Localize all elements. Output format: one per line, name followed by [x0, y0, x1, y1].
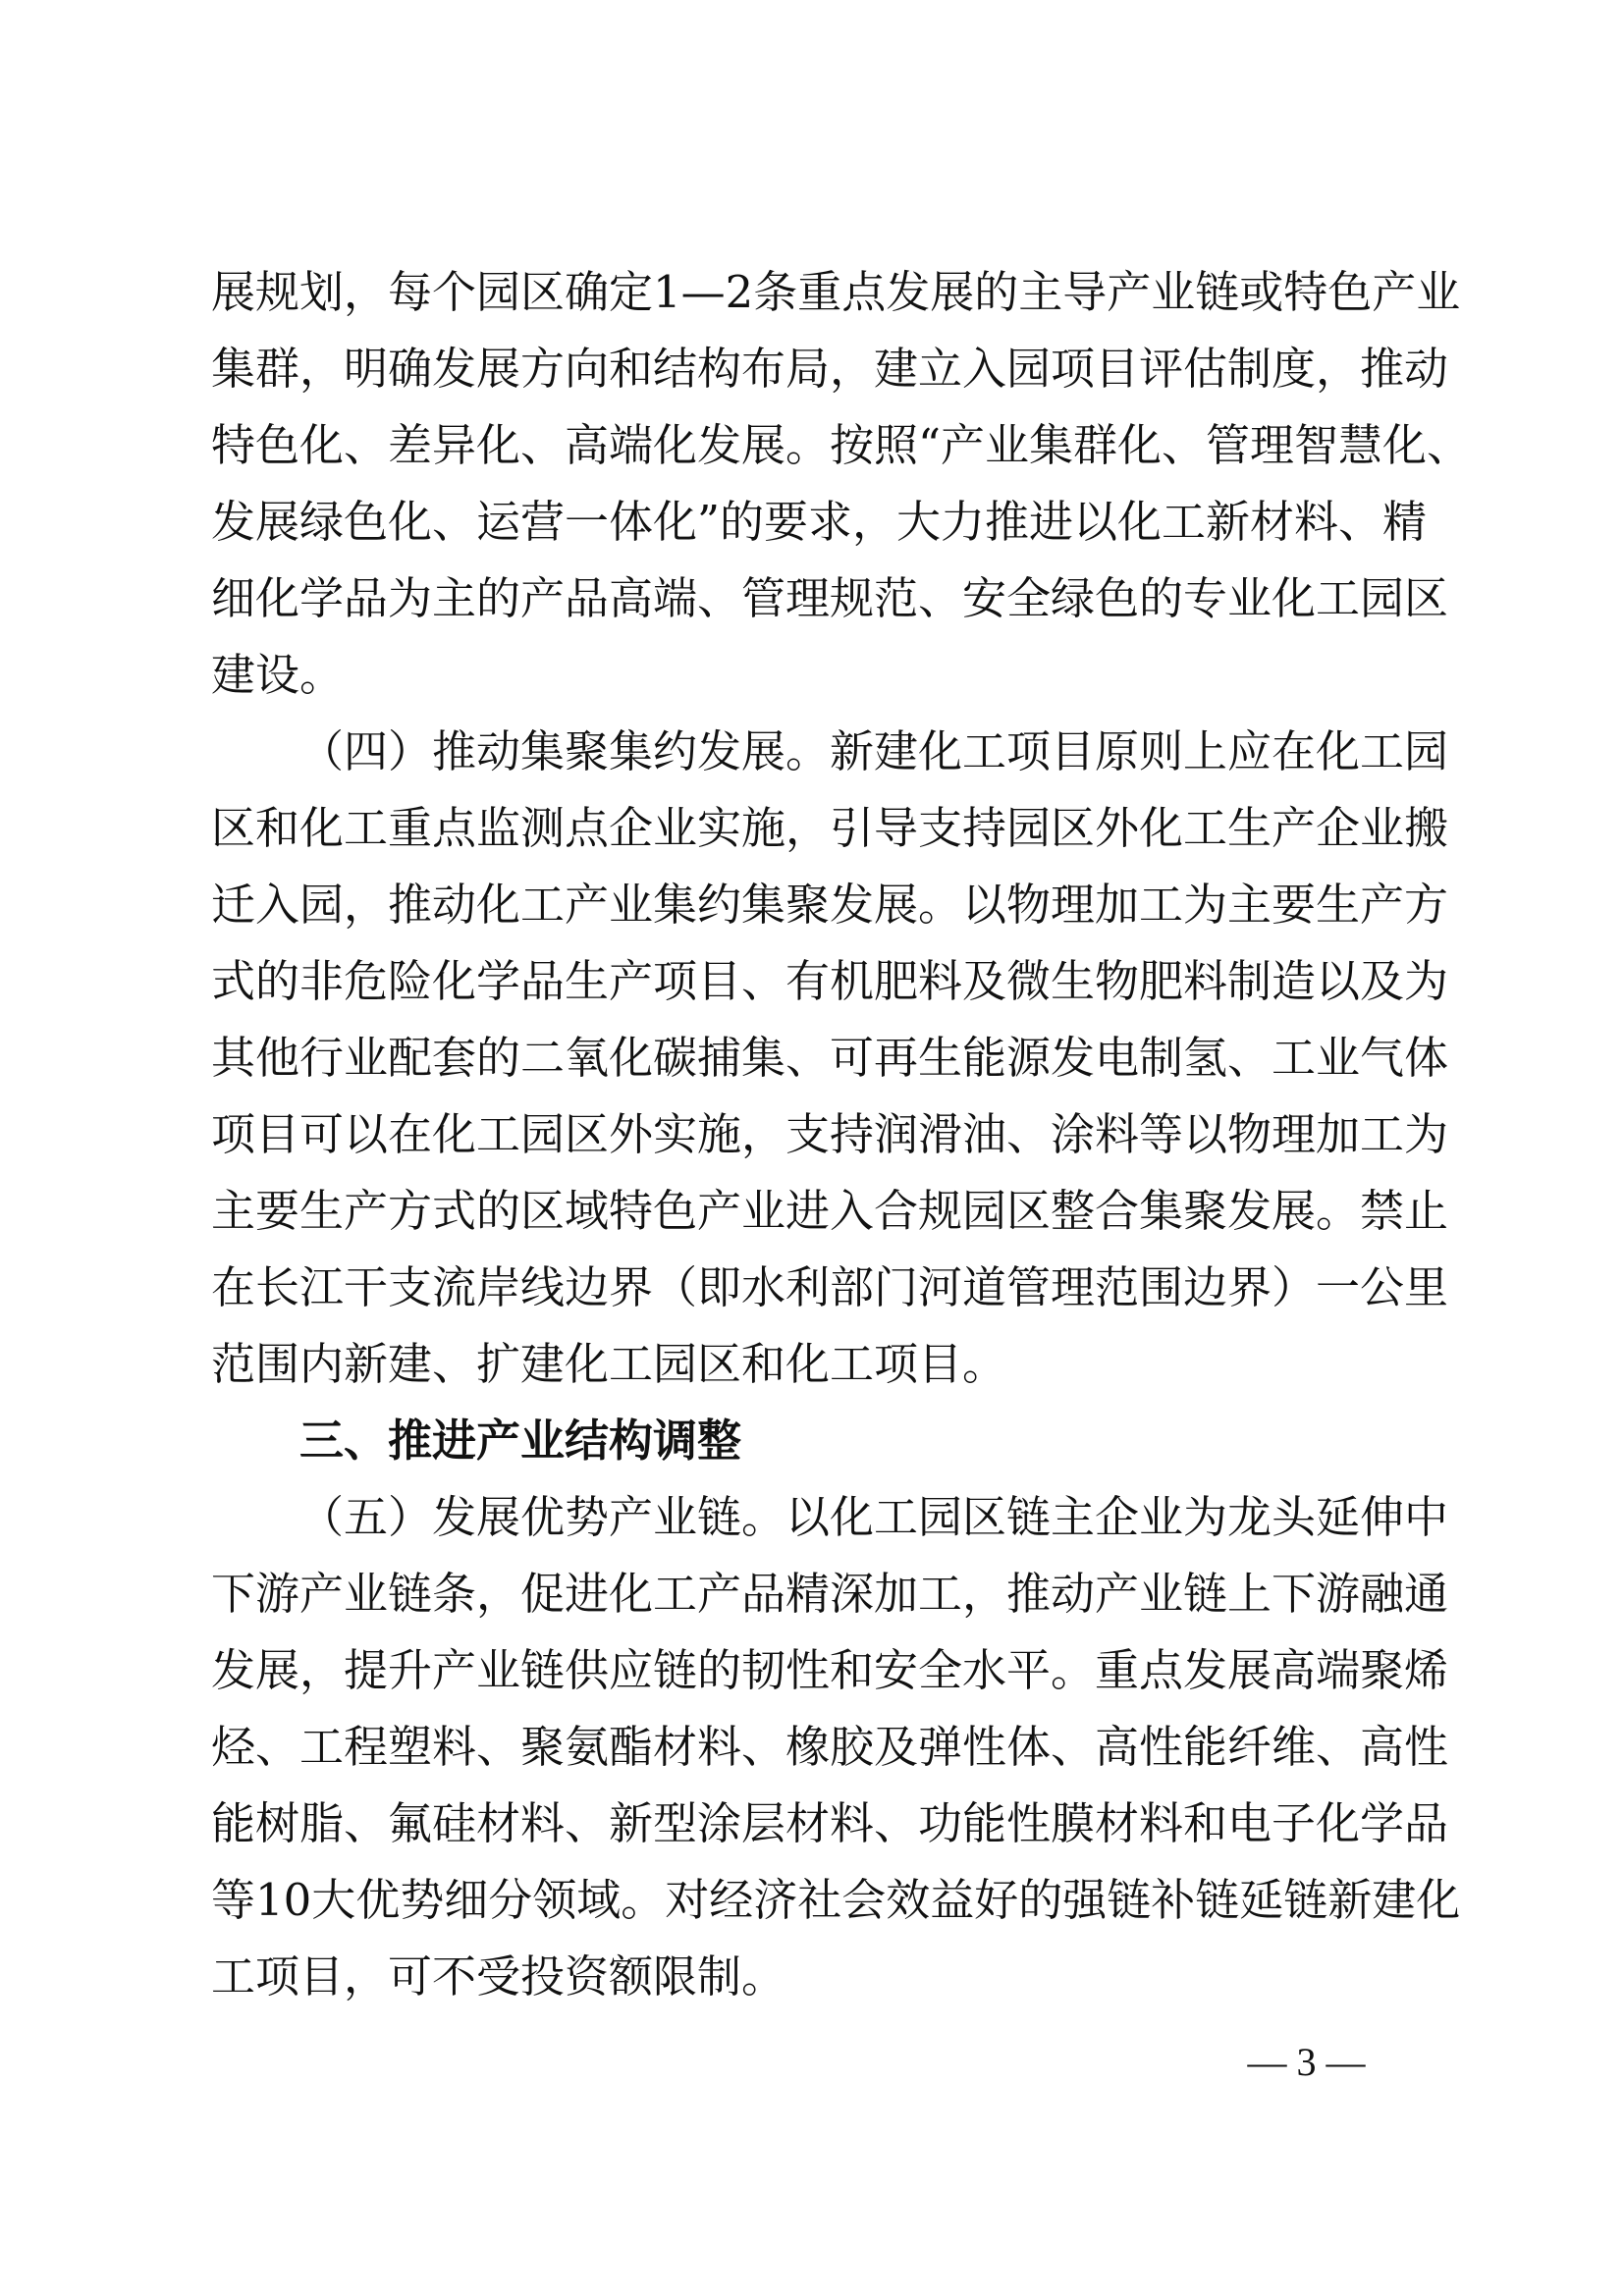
paragraph-line: 在长江干支流岸线边界（即水利部门河道管理范围边界）一公里 [211, 1250, 1411, 1326]
paragraph-line: 范围内新建、扩建化工园区和化工项目。 [211, 1326, 1411, 1403]
paragraph-line: 细化学品为主的产品高端、管理规范、安全绿色的专业化工园区 [211, 561, 1411, 637]
section-paragraph-4-start: （四）推动集聚集约发展。新建化工项目原则上应在化工园 [299, 714, 1411, 790]
paragraph-line: 式的非危险化学品生产项目、有机肥料及微生物肥料制造以及为 [211, 943, 1411, 1020]
paragraph-line: 项目可以在化工园区外实施，支持润滑油、涂料等以物理加工为 [211, 1096, 1411, 1173]
paragraph-line: 展规划，每个园区确定1—2条重点发展的主导产业链或特色产业 [211, 254, 1411, 331]
paragraph-line: 发展绿色化、运营一体化”的要求，大力推进以化工新材料、精 [211, 484, 1411, 561]
paragraph-line: 区和化工重点监测点企业实施，引导支持园区外化工生产企业搬 [211, 790, 1411, 867]
paragraph-line: 特色化、差异化、高端化发展。按照“产业集群化、管理智慧化、 [211, 407, 1411, 484]
paragraph-line: 主要生产方式的区域特色产业进入合规园区整合集聚发展。禁止 [211, 1173, 1411, 1250]
paragraph-line: 其他行业配套的二氧化碳捕集、可再生能源发电制氢、工业气体 [211, 1020, 1411, 1096]
paragraph-line: 建设。 [211, 637, 1411, 714]
paragraph-line: 迁入园，推动化工产业集约集聚发展。以物理加工为主要生产方 [211, 867, 1411, 943]
paragraph-line: 工项目，可不受投资额限制。 [211, 1939, 1411, 2015]
paragraph-line: 集群，明确发展方向和结构布局，建立入园项目评估制度，推动 [211, 331, 1411, 407]
paragraph-line: 烃、工程塑料、聚氨酯材料、橡胶及弹性体、高性能纤维、高性 [211, 1709, 1411, 1786]
section-heading: 三、推进产业结构调整 [299, 1403, 1411, 1479]
document-page: 展规划，每个园区确定1—2条重点发展的主导产业链或特色产业 集群，明确发展方向和… [0, 0, 1624, 2296]
paragraph-line: 发展，提升产业链供应链的韧性和安全水平。重点发展高端聚烯 [211, 1632, 1411, 1709]
paragraph-line: 下游产业链条，促进化工产品精深加工，推动产业链上下游融通 [211, 1556, 1411, 1632]
paragraph-line: 能树脂、氟硅材料、新型涂层材料、功能性膜材料和电子化学品 [211, 1786, 1411, 1862]
paragraph-line: 等10大优势细分领域。对经济社会效益好的强链补链延链新建化 [211, 1862, 1411, 1939]
page-number: — 3 — [1235, 2038, 1378, 2087]
section-paragraph-5-start: （五）发展优势产业链。以化工园区链主企业为龙头延伸中 [299, 1479, 1411, 1556]
